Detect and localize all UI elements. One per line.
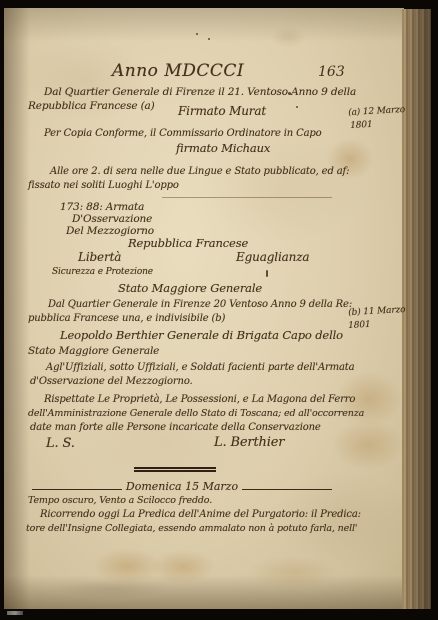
- dateline-1b: Repubblica Francese (a): [28, 100, 155, 112]
- date-heading: Domenica 15 Marzo: [122, 480, 242, 493]
- section-divider-thick: [134, 467, 216, 472]
- dateline-2: Dal Quartier Generale in Firenze 20 Vent…: [48, 299, 352, 310]
- archive-ref: 173: 88: Armata: [60, 201, 144, 213]
- staff-heading: Stato Maggiore Generale: [118, 281, 262, 295]
- motto-eguaglianza: Eguaglianza: [236, 250, 309, 264]
- text-layer: Anno MDCCCI 163 Domenica 15 Marzo Dal Qu…: [0, 0, 438, 620]
- year-heading: Anno MDCCCI: [112, 61, 244, 81]
- address-line-1: Agl'Uffiziali, sotto Uffiziali, e Soldat…: [46, 362, 354, 373]
- signature-berthier: L. Berthier: [214, 435, 284, 450]
- order-line-1: Rispettate Le Proprietà, Le Possessioni,…: [44, 394, 355, 405]
- margin-note-a: (a) 12 Marzo: [348, 105, 405, 118]
- motto-liberta: Libertà: [78, 250, 121, 264]
- faint-rule: [162, 197, 332, 198]
- diary-line-1: Ricorrendo oggi La Predica dell'Anime de…: [40, 509, 361, 520]
- address-line-2: d'Osservazione del Mezzogiorno.: [30, 376, 193, 387]
- berthier-title-2: Stato Maggiore Generale: [28, 345, 159, 357]
- signature-michaux: firmato Michaux: [176, 141, 270, 155]
- date-rule-left: [32, 489, 122, 491]
- dateline-1: Dal Quartier Generale di Firenze il 21. …: [44, 86, 356, 98]
- date-rule-right: [242, 489, 332, 491]
- divider-bar: [134, 467, 216, 469]
- publication-note-2: fissato nei soliti Luoghi L'oppo: [28, 180, 179, 191]
- seal-ls: L. S.: [46, 436, 75, 451]
- margin-note-b-year: 1801: [348, 320, 371, 331]
- page-number: 163: [318, 64, 345, 80]
- republic-heading: Repubblica Francese: [128, 236, 248, 250]
- dateline-2b: pubblica Francese una, e indivisibile (b…: [28, 313, 225, 324]
- berthier-title-1: Leopoldo Berthier Generale di Brigata Ca…: [60, 328, 343, 342]
- margin-note-b: (b) 11 Marzo: [348, 305, 406, 318]
- date-heading-row: Domenica 15 Marzo: [32, 477, 332, 493]
- copy-conforme-note: Per Copia Conforme, il Commissario Ordin…: [44, 128, 322, 139]
- order-line-3: date man forte alle Persone incaricate d…: [30, 422, 321, 433]
- publication-note-1: Alle ore 2. di sera nelle due Lingue e S…: [50, 166, 349, 177]
- diary-line-2: tore dell'Insigne Collegiata, essendo am…: [26, 523, 357, 534]
- manuscript-photo: Anno MDCCCI 163 Domenica 15 Marzo Dal Qu…: [0, 0, 438, 620]
- weather-note: Tempo oscuro, Vento a Scilocco freddo.: [28, 495, 212, 506]
- armata-line-2: D'Osservazione: [72, 213, 152, 225]
- order-line-2: dell'Amministrazione Generale dello Stat…: [28, 408, 364, 419]
- divider-bar: [134, 470, 216, 472]
- signature-murat: Firmato Murat: [178, 104, 266, 118]
- motto-sicurezza: Sicurezza e Protezione: [52, 267, 153, 277]
- margin-note-a-year: 1801: [350, 120, 373, 131]
